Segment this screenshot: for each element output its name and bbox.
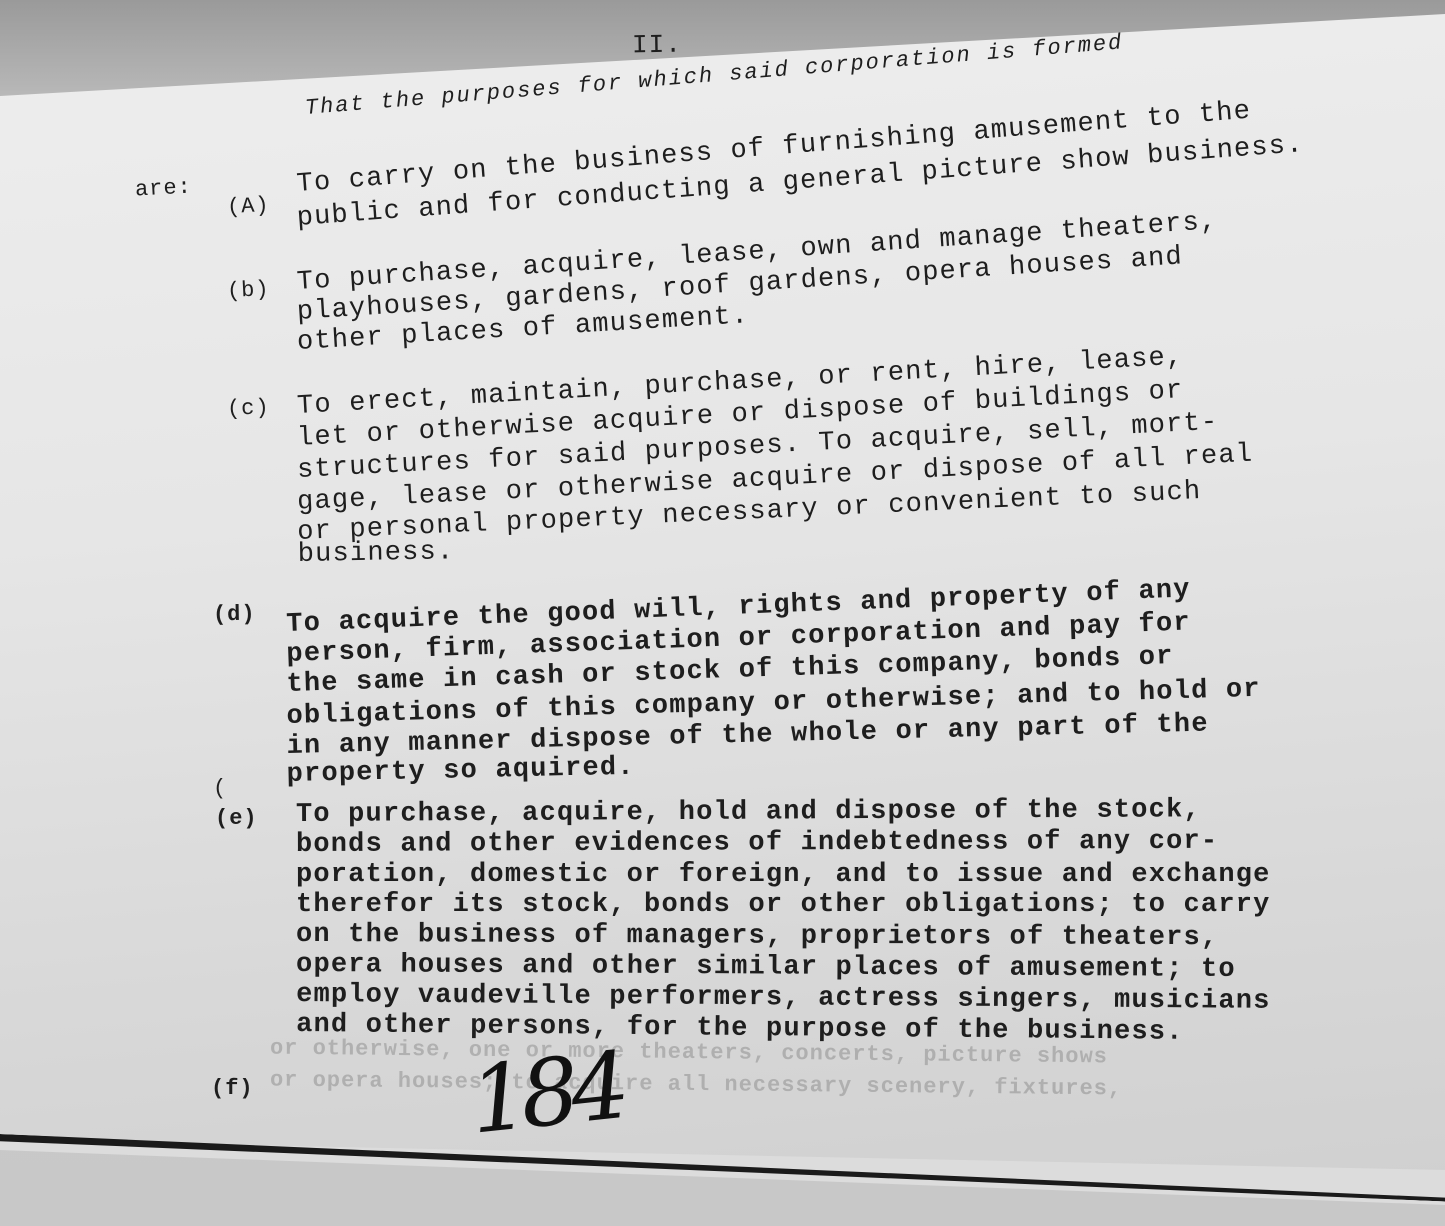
clause-line: opera houses and other similar places of… (296, 950, 1236, 985)
handwritten-page-number: 184 (465, 1032, 627, 1154)
clause-label: (d) (213, 602, 256, 628)
clause-label: (c) (227, 395, 270, 421)
clause-line: business. (297, 537, 454, 570)
intro-lead: are: (134, 175, 192, 203)
clause-line: poration, domestic or foreign, and to is… (296, 860, 1271, 890)
section-number: II. (632, 30, 682, 61)
clause-label: (A) (226, 193, 270, 220)
clause-line: To purchase, acquire, hold and dispose o… (296, 795, 1201, 830)
stray-parenthesis: ( (213, 776, 227, 801)
clause-line: bonds and other evidences of indebtednes… (296, 827, 1218, 860)
clause-label: (e) (215, 806, 258, 831)
clause-label: (b) (226, 277, 270, 304)
clause-line: on the business of managers, proprietors… (296, 920, 1218, 953)
clause-line: therefor its stock, bonds or other oblig… (296, 890, 1271, 920)
clause-label: (f) (211, 1076, 254, 1101)
